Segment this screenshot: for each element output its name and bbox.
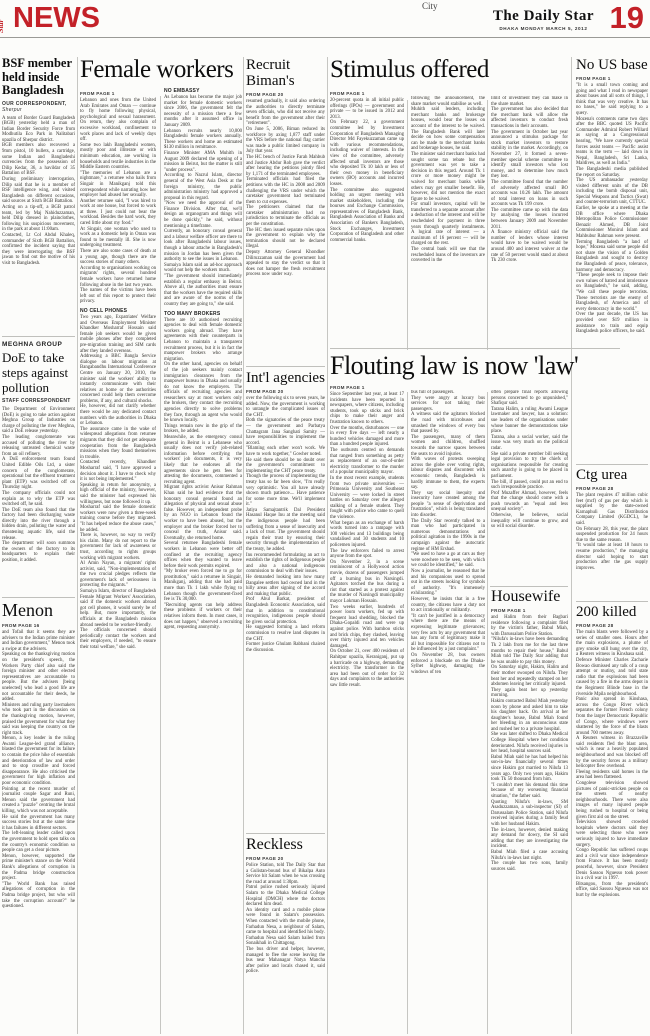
article-body: resumed gradually, it said also ordering… [246, 99, 325, 278]
page-number: 19 [610, 2, 644, 34]
section-rule [576, 464, 648, 465]
article-headline: DoE to take steps against pollution [2, 350, 75, 395]
from-page-label: FROM PAGE 20 [246, 92, 325, 97]
article-flouting-law-col2: bus full of passengers. They were angry … [411, 390, 485, 1034]
column-rule [487, 100, 488, 350]
section-rule [490, 586, 568, 587]
article-stimulus-headline: Stimulus offered [330, 57, 570, 89]
article-headline: Female workers [80, 57, 242, 83]
from-page-label: FROM PAGE 28 [576, 486, 648, 491]
article-body: The plant requires 47 million cubic feet… [576, 493, 648, 571]
from-page-label: FROM PAGE 20 [246, 856, 325, 861]
from-page-label: FROM PAGE 1 [576, 76, 648, 81]
article-headline: Housewife [491, 589, 568, 605]
section-label-city: City [422, 1, 438, 11]
from-page-label: FROM PAGE 28 [576, 623, 648, 628]
article-body: A team of Border Guard Bangladesh (BGB) … [2, 116, 75, 267]
from-page-label: FROM PAGE 1 [80, 91, 156, 96]
article-body: The Department of Environment (DoE) is g… [2, 407, 75, 564]
article-body: "It is a small town coming and going and… [576, 83, 648, 335]
article-body: and Halim from their Bagbari residence f… [491, 615, 568, 872]
column-rule [327, 57, 328, 1034]
article-headline: 200 killed [576, 604, 648, 620]
article-body: The main blasts were followed by a serie… [576, 630, 648, 899]
article-reckless: Reckless FROM PAGE 20 Police Station, to… [246, 837, 325, 1034]
byline-place: Sherpur [2, 107, 22, 113]
article-headline: BSF member held inside Bangladesh [2, 57, 75, 98]
article-female-workers-col2: NO EMBASSY As Lebanon has become the maj… [164, 88, 242, 1034]
article-subhead: NO EMBASSY [164, 88, 242, 94]
column-rule [487, 392, 488, 1034]
article-ctg-urea: Ctg urea FROM PAGE 28 The plant requires… [576, 467, 648, 599]
masthead-title: The Daily Star [493, 9, 594, 24]
article-headline: Reckless [246, 837, 325, 853]
from-page-label: FROM PAGE 16 [2, 623, 75, 628]
section-logo: Star NEWS [5, 5, 100, 31]
article-doe-pollution: MEGHNA GROUP DoE to take steps against p… [2, 341, 75, 595]
article-headline: Stimulus offered [330, 57, 570, 83]
article-body: limit of investment they can make in the… [491, 96, 568, 264]
article-stimulus-col1: FROM PAGE 1 20-percent quota in all init… [330, 88, 404, 350]
column-rule [243, 57, 244, 1034]
star-logo-vertical-text: Star [0, 25, 5, 33]
article-flouting-law-col1: FROM PAGE 1 Since September last year, a… [330, 382, 404, 1034]
article-body: Police Station, told The Daily Star that… [246, 863, 325, 975]
article-stimulus-col3: limit of investment they can make in the… [491, 96, 568, 350]
from-page-label: FROM PAGE 1 [491, 608, 568, 613]
section-rule [246, 833, 325, 834]
article-body: bus full of passengers. They were angry … [411, 390, 485, 675]
masthead: The Daily Star DHAKA MONDAY MARCH 5, 201… [493, 9, 594, 31]
news-logo-text: NEWS [13, 5, 100, 31]
article-female-workers-col1: FROM PAGE 1 Lebanon and ones from the Un… [80, 88, 156, 1034]
article-bsf-member-held: BSF member held inside Bangladesh OUR CO… [2, 57, 75, 334]
article-byline: OUR CORRESPONDENT, Sherpur [2, 101, 75, 113]
article-housewife: Housewife FROM PAGE 1 and Halim from the… [491, 589, 568, 1034]
column-rule [407, 100, 408, 350]
article-menon: Menon FROM PAGE 16 and Tofail that it se… [2, 601, 75, 1034]
from-page-label: FROM PAGE 1 [330, 385, 404, 390]
article-headline: Menon [2, 601, 75, 620]
article-headline: Int'l agencies [246, 370, 325, 386]
article-body: often prepare final reports allowing per… [491, 390, 568, 530]
article-stimulus-col2: following the announcement, the share ma… [411, 96, 485, 350]
article-intl-agencies: Int'l agencies FROM PAGE 20 over the fol… [246, 370, 325, 830]
from-page-label: FROM PAGE 1 [330, 91, 404, 96]
section-rule [246, 366, 325, 367]
masthead-dateline: DHAKA MONDAY MARCH 5, 2012 [493, 26, 594, 31]
from-page-label: FROM PAGE 20 [246, 389, 325, 394]
article-body: following the announcement, the share ma… [411, 96, 485, 264]
article-recruit-bimans: Recruit Biman's FROM PAGE 20 resumed gra… [246, 57, 325, 363]
article-kicker: MEGHNA GROUP [2, 341, 75, 348]
article-body: Lebanon and ones from the United Arab Em… [80, 98, 156, 305]
column-rule [77, 57, 78, 1034]
article-flouting-law-col3: often prepare final reports allowing per… [491, 390, 568, 582]
article-body: As Lebanon has become the major job mark… [164, 95, 242, 308]
article-body: Since September last year, at least 17 i… [330, 392, 404, 688]
article-headline: No US base [576, 57, 648, 73]
section-rule [2, 336, 75, 337]
article-subhead: TOO MANY BROKERS [164, 311, 242, 317]
article-byline: STAFF CORRESPONDENT [2, 398, 75, 404]
column-rule [160, 96, 161, 1034]
article-headline: Ctg urea [576, 467, 648, 483]
column-rule [571, 57, 572, 1034]
article-body: Two years ago, Expatriates' Welfare and … [80, 315, 156, 651]
header-rule [0, 37, 650, 38]
article-body: 20-percent quota in all initial public o… [330, 98, 404, 243]
article-body: and Tofail that it seems they are advise… [2, 630, 75, 910]
section-rule [2, 597, 75, 598]
article-no-us-base: No US base FROM PAGE 1 "It is a small to… [576, 57, 648, 462]
article-subhead: NO CELL PHONES [80, 308, 156, 314]
column-rule [407, 392, 408, 1034]
newspaper-page: Star NEWS City The Daily Star DHAKA MOND… [0, 0, 650, 1036]
section-rule [576, 601, 648, 602]
article-200-killed: 200 killed FROM PAGE 28 The main blasts … [576, 604, 648, 1034]
article-body: over the following six to seven years, h… [246, 396, 325, 653]
article-body: There are 10 authorised recruiting agenc… [164, 318, 242, 631]
article-headline: Recruit Biman's [246, 57, 325, 89]
article-female-workers-headline: Female workers [80, 57, 242, 89]
